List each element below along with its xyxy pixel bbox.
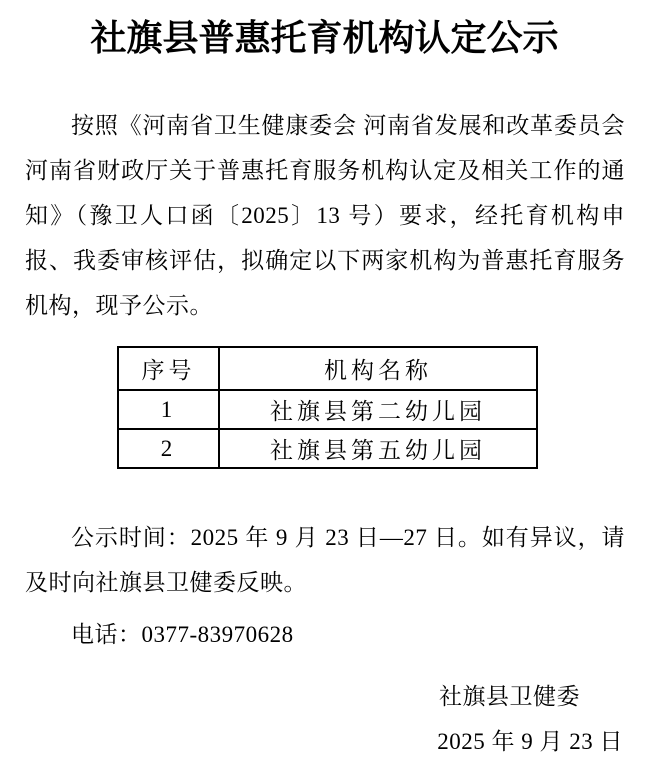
- header-institution-name: 机构名称: [219, 347, 537, 390]
- table-row: 2 社旗县第五幼儿园: [118, 429, 537, 468]
- phone-paragraph: 电话：0377-83970628: [25, 612, 625, 657]
- intro-paragraph: 按照《河南省卫生健康委会 河南省发展和改革委员会河南省财政厅关于普惠托育服务机构…: [25, 103, 625, 328]
- institutions-table: 序号 机构名称 1 社旗县第二幼儿园 2 社旗县第五幼儿园: [117, 346, 538, 469]
- signature-date: 2025 年 9 月 23 日: [0, 719, 649, 764]
- publicity-period-paragraph: 公示时间：2025 年 9 月 23 日—27 日。如有异议，请及时向社旗县卫健…: [25, 515, 625, 605]
- cell-serial-number: 1: [118, 390, 219, 429]
- table-row: 1 社旗县第二幼儿园: [118, 390, 537, 429]
- table-header-row: 序号 机构名称: [118, 347, 537, 390]
- signature-organization: 社旗县卫健委: [0, 674, 649, 719]
- document-page: 社旗县普惠托育机构认定公示 按照《河南省卫生健康委会 河南省发展和改革委员会河南…: [0, 0, 649, 771]
- cell-serial-number: 2: [118, 429, 219, 468]
- header-serial-number: 序号: [118, 347, 219, 390]
- document-title: 社旗县普惠托育机构认定公示: [0, 14, 649, 62]
- cell-institution-name: 社旗县第二幼儿园: [219, 390, 537, 429]
- cell-institution-name: 社旗县第五幼儿园: [219, 429, 537, 468]
